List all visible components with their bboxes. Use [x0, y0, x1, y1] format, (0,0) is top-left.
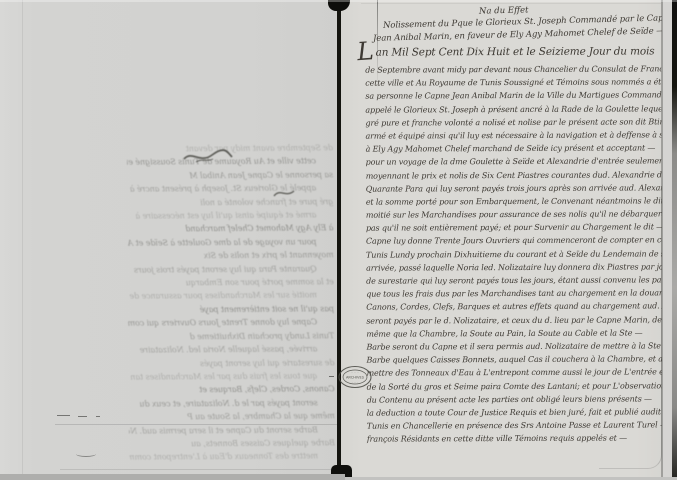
- pencil-mark: [78, 416, 87, 417]
- manuscript-line: Lan Mil Sept Cent Dix Huit et le Seiziem…: [365, 41, 661, 63]
- bleedthrough-line: Capne luy donne Trente Jours Ouvriers qu…: [128, 316, 317, 331]
- right-page: Na du Effet Nolissement du Pque le Glori…: [341, 0, 662, 480]
- manuscript-text: Lan Mil Sept Cent Dix Huit et le Seiziem…: [365, 41, 662, 446]
- manuscript-line: que tous les frais dus par les Marchandi…: [366, 287, 662, 301]
- manuscript-line: Tunis en Chancellerie en présence des Sr…: [367, 418, 662, 432]
- right-page-top-edge: [361, 3, 661, 4]
- manuscript-line: Barbe seront du Capne et il sera permis …: [366, 339, 662, 353]
- bleedthrough-line: que tous les frais dus par les Marchandi…: [128, 369, 317, 384]
- manuscript-line: cette ville et Au Royaume de Tunis Souss…: [365, 76, 661, 90]
- manuscript-line: mettre des Tonneaux d'Eau à L'entrepont …: [367, 366, 662, 380]
- left-page: de Septembre avant midy par devantcette …: [0, 0, 338, 480]
- manuscript-line: Quarante Para qui luy seront payés trois…: [366, 181, 662, 195]
- left-page-crease: [55, 424, 341, 425]
- manuscript-line: même que la Chambre, la Soute au Pain, l…: [366, 326, 662, 340]
- margin-tick: [329, 376, 334, 377]
- manuscript-line: de Septembre avant midy par devant nous …: [365, 62, 661, 76]
- bleedthrough-line: et la somme porté pour son Embarqu: [128, 275, 334, 290]
- manuscript-line: moitié sur les Marchandises pour assuran…: [366, 207, 662, 221]
- bleedthrough-line: Canons, Cordes, Clefs, Barques et: [129, 383, 335, 398]
- manuscript-line: de surestarie qui luy seront payés tous …: [366, 273, 662, 287]
- book-spine: [337, 6, 341, 476]
- bleedthrough-line: mettre des Tonneaux d'Eau à L'entrepont …: [129, 450, 318, 465]
- manuscript-line: pour un voyage de la dme Goulette à Seïd…: [366, 155, 662, 169]
- manuscript-line: du Contenu au présent acte les parties o…: [367, 392, 662, 406]
- bleedthrough-line: seront payés par le d. Nolizataire, et c…: [129, 396, 318, 411]
- manuscript-line: gré pure et franche volonté a nolisé et …: [365, 115, 661, 129]
- bleedthrough-line: gré pure et franche volonté a noli: [127, 195, 333, 210]
- manuscript-line: et la somme porté pour son Embarquement,…: [366, 194, 662, 208]
- illuminated-initial: L: [357, 46, 374, 57]
- bleedthrough-text: de Septembre avant midy par devantcette …: [127, 141, 335, 466]
- bleedthrough-line: armé et équipé ainsi qu'il luy est néces…: [127, 208, 316, 223]
- manuscript-line: appelé le Glorieux St. Joseph à présent …: [365, 102, 661, 116]
- scan-right-edge: [672, 0, 677, 480]
- bleedthrough-line: moitié sur les Marchandises pour assuran…: [128, 289, 317, 304]
- bleedthrough-line: Quarante Para qui luy seront payés trois…: [128, 262, 317, 277]
- archive-stamp: ARCHIVES · · · · · · · · · ·: [338, 365, 372, 389]
- bleedthrough-line: Barbe seront du Capne et il sera permis …: [129, 423, 318, 438]
- manuscript-line: armé et équipé ainsi qu'il luy est néces…: [366, 128, 662, 142]
- bleedthrough-line: à Ely Agy Mahomet Chelef marchand: [127, 222, 333, 237]
- pencil-mark: [57, 415, 70, 416]
- manuscript-line: Barbe quelques Caisses Bonnets, auquel C…: [366, 352, 662, 366]
- ink-smudge: [272, 186, 296, 200]
- left-page-bottom-edge: [60, 469, 332, 470]
- bleedthrough-line: pas qu'il ne soit entièrement payé: [128, 302, 334, 317]
- bleedthrough-line: pour un voyage de la dme Goulette à Seïd…: [128, 235, 317, 250]
- pencil-mark: [96, 416, 100, 417]
- scan-top-edge: [0, 0, 677, 2]
- bleedthrough-line: même que la Chambre, la Soute au P: [129, 409, 335, 424]
- pencil-mark: [76, 451, 96, 457]
- manuscript-line: arrivée, passé laquelle Noria led. Noliz…: [366, 260, 662, 274]
- archive-stamp-label: ARCHIVES: [346, 376, 365, 380]
- manuscript-line: la deduction a toute Cour de Justice Req…: [367, 405, 662, 419]
- manuscript-line: de la Sorté du gros et Seime paira Comte…: [367, 379, 662, 393]
- manuscript-line: pas qu'il ne soit entièrement payé; et p…: [366, 221, 662, 235]
- bleedthrough-line: sa personne le Capne Jean Anibal M: [127, 168, 333, 183]
- manuscript-line: moyennant le prix et nolis de Six Cent P…: [366, 168, 662, 182]
- left-page-fold-line: [22, 0, 23, 480]
- bleedthrough-line: moyennant le prix et nolis de Six: [128, 249, 334, 264]
- scan-bottom-edge-left: [0, 474, 345, 480]
- stamp-ornament-dots: · · · · · ·: [351, 371, 360, 374]
- manuscript-line: Canons, Cordes, Clefs, Barques et autres…: [366, 300, 662, 314]
- bleedthrough-line: arrivée, passé laquelle Noria led. Noliz…: [128, 342, 317, 357]
- manuscript-line: à Ely Agy Mahomet Chelef marchand de Seï…: [366, 141, 662, 155]
- ink-smudge: [182, 148, 234, 166]
- stamp-ornament-dots: · · · ·: [352, 382, 358, 385]
- scanned-document: de Septembre avant midy par devantcette …: [0, 0, 677, 480]
- bleedthrough-line: Barbe quelques Caisses Bonnets, au: [129, 436, 335, 451]
- manuscript-line: seront payés par le d. Nolizataire, et c…: [366, 313, 662, 327]
- manuscript-line: Capne luy donne Trente Jours Ouvriers qu…: [366, 234, 662, 248]
- manuscript-line: Tunis Lundy prochain Dixhuitieme du cour…: [366, 247, 662, 261]
- right-page-edge-shadow: [661, 0, 663, 480]
- manuscript-line: sa personne le Capne Jean Anibal Marin d…: [365, 89, 661, 103]
- docket-note: Na du Effet: [479, 5, 529, 16]
- bleedthrough-line: de surestarie qui luy seront payés: [128, 356, 334, 371]
- bleedthrough-line: Tunis Lundy prochain Dixhuitieme d: [128, 329, 334, 344]
- manuscript-line: françois Résidants en cette ditte ville …: [367, 432, 662, 446]
